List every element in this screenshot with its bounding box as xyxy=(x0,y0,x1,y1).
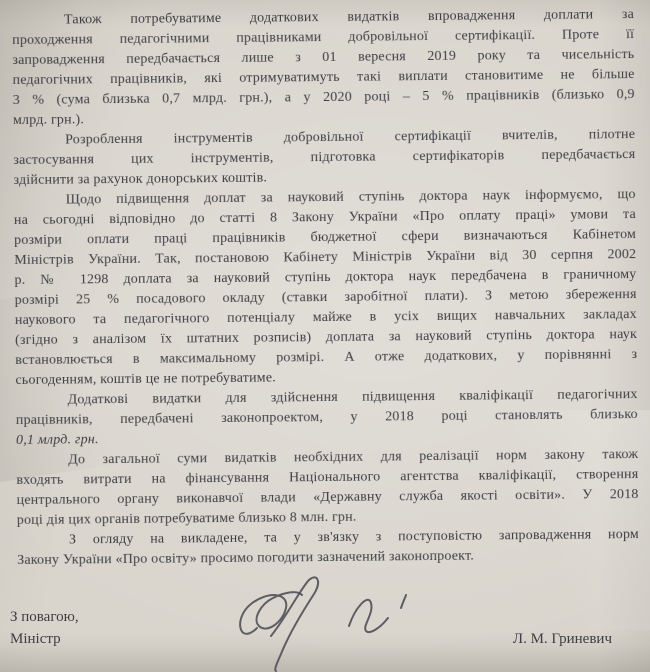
scanned-letter-page: { "letter": { "paragraphs": [ { "lines":… xyxy=(0,0,650,672)
letter-body: Також потребуватиме додаткових видатків … xyxy=(0,0,650,571)
closing-block: З повагою, Міністр Л. М. Гриневич xyxy=(10,606,640,650)
closing-salutation: З повагою, xyxy=(10,606,640,628)
signer-name: Л. М. Гриневич xyxy=(513,628,612,650)
